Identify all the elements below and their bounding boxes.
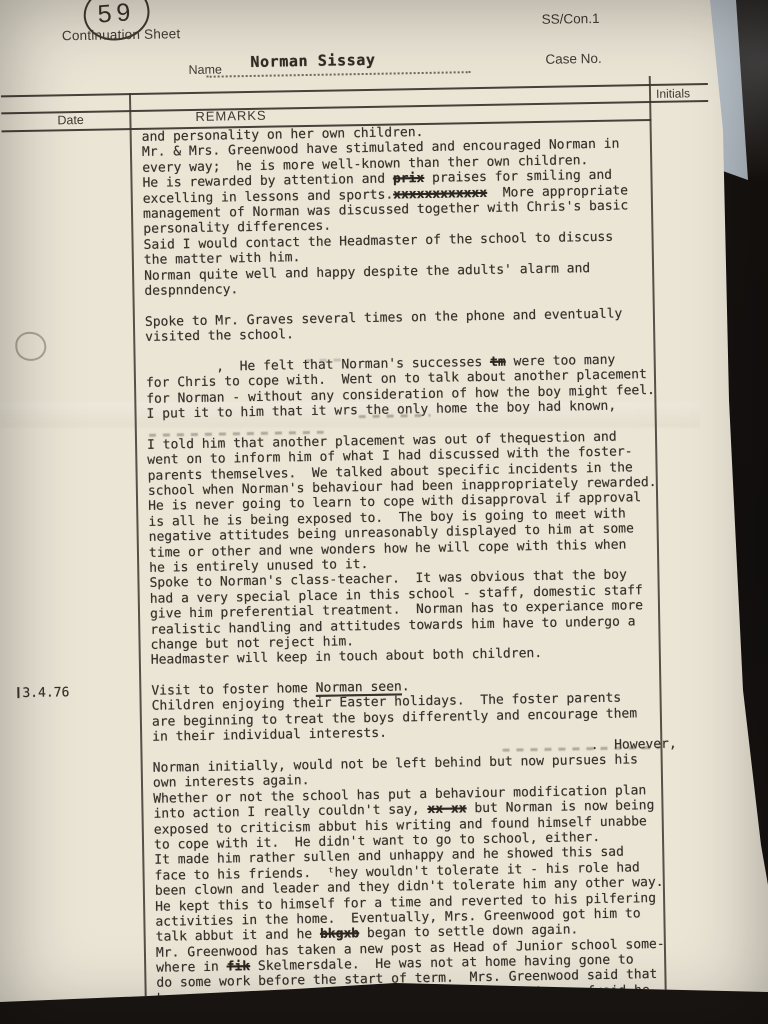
- form-code-label: SS/Con.1: [542, 11, 600, 27]
- sheet-content: 59 Continuation Sheet SS/Con.1 Case No. …: [0, 0, 768, 1024]
- photo-background: 59 Continuation Sheet SS/Con.1 Case No. …: [0, 0, 768, 1024]
- punch-hole-mark: [15, 332, 47, 362]
- remarks-column-header: REMARKS: [195, 108, 267, 124]
- header-rule-middle: [1, 100, 708, 114]
- date-column-header: Date: [57, 113, 84, 127]
- case-no-label: Case No.: [545, 51, 602, 67]
- entry-date: 3.4.76: [17, 685, 69, 701]
- partial-digit-stroke: [17, 687, 19, 698]
- header-rule-top: [1, 83, 708, 97]
- initials-column-header: Initials: [656, 86, 690, 101]
- form-title: Continuation Sheet: [62, 26, 181, 43]
- remarks-text: and personality on her own children.Mr. …: [142, 120, 737, 1007]
- continuation-sheet-paper: 59 Continuation Sheet SS/Con.1 Case No. …: [0, 0, 768, 1024]
- entry-date-value: 3.4.76: [22, 685, 69, 701]
- name-value: Norman Sissay: [250, 51, 375, 71]
- page-number: 59: [97, 0, 137, 29]
